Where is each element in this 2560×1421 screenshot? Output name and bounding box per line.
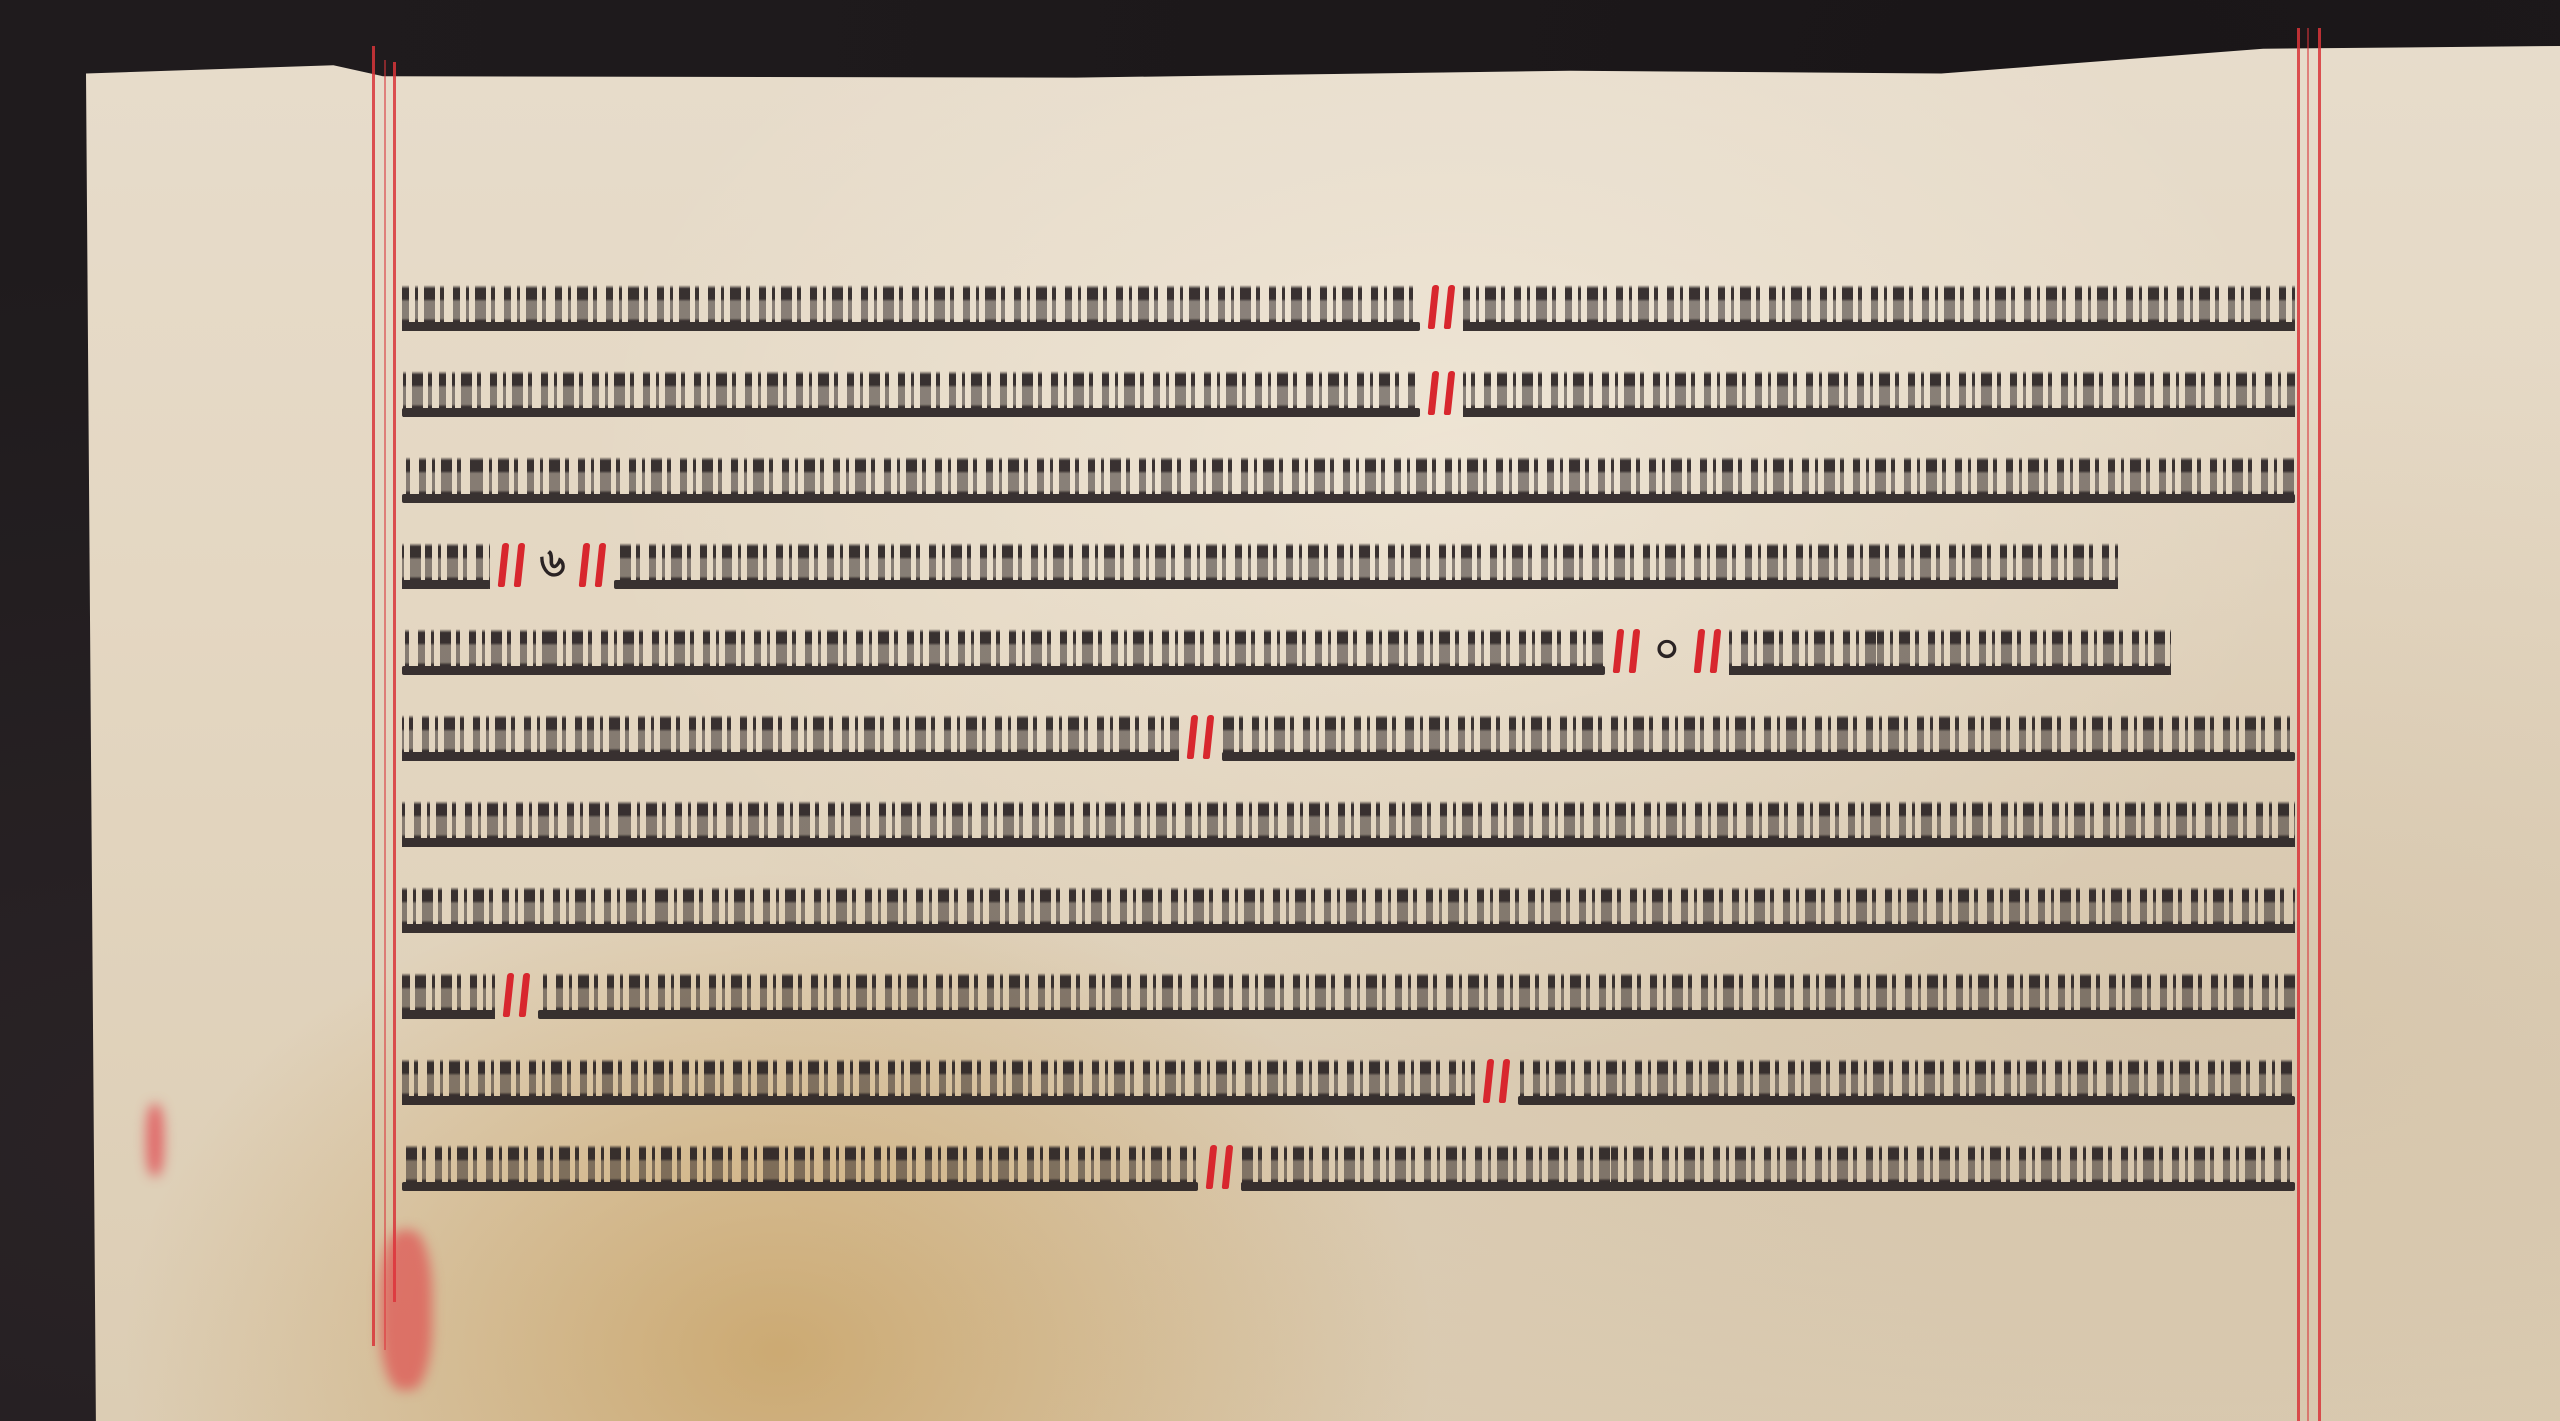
manuscript-line (402, 434, 2295, 520)
ink-script-run (402, 457, 2295, 503)
ink-script-run (402, 1059, 1475, 1105)
red-double-danda-mark (1189, 711, 1212, 759)
red-double-danda-mark (1430, 281, 1453, 329)
verse-numeral: ৬ (539, 543, 565, 583)
right-margin-rule (2297, 28, 2300, 1421)
ink-script-run (402, 715, 1179, 761)
ink-script-run (402, 629, 1605, 675)
red-double-danda-mark (1485, 1055, 1508, 1103)
ink-script-run (1463, 371, 2296, 417)
manuscript-line (402, 1036, 2295, 1122)
right-margin-rule (2318, 28, 2321, 1421)
red-pigment-stain (146, 1104, 164, 1176)
red-double-danda-mark (505, 969, 528, 1017)
ink-script-run (614, 543, 2118, 589)
manuscript-line (402, 1122, 2295, 1208)
ink-script-run (402, 973, 495, 1019)
ink-script-run (1729, 629, 2171, 675)
red-pigment-stain (380, 1230, 432, 1390)
red-double-danda-mark (1430, 367, 1453, 415)
ink-script-run (402, 543, 490, 589)
red-double-danda-mark (1208, 1141, 1231, 1189)
red-double-danda-mark (1615, 625, 1638, 673)
left-margin-rule (372, 46, 375, 1346)
manuscript-line (402, 778, 2295, 864)
ink-script-run (402, 887, 2295, 933)
ink-script-run (538, 973, 2295, 1019)
left-margin-rule (393, 62, 396, 1302)
red-double-danda-mark (581, 539, 604, 587)
manuscript-line (402, 950, 2295, 1036)
ink-script-run (402, 371, 1420, 417)
red-double-danda-mark (1696, 625, 1719, 673)
ink-script-run (1463, 285, 2296, 331)
red-double-danda-mark (500, 539, 523, 587)
manuscript-line (402, 864, 2295, 950)
ink-script-run (402, 801, 2295, 847)
ink-script-run (1518, 1059, 2295, 1105)
ink-script-run (1222, 715, 2295, 761)
manuscript-line: ৬ (402, 520, 2295, 606)
right-margin-rule (2307, 28, 2309, 1421)
ink-script-run (402, 1145, 1198, 1191)
manuscript-line: ০ (402, 606, 2295, 692)
ink-script-run (402, 285, 1420, 331)
verse-numeral: ০ (1654, 629, 1680, 669)
manuscript-line (402, 262, 2295, 348)
ink-script-run (1241, 1145, 2296, 1191)
manuscript-text-block: ৬০ (402, 262, 2295, 1208)
left-margin-rule (384, 60, 386, 1350)
manuscript-line (402, 692, 2295, 778)
manuscript-line (402, 348, 2295, 434)
